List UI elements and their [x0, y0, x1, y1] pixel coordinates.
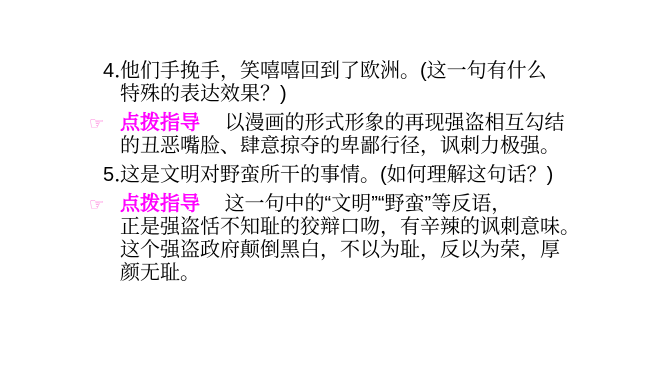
question-item-4: 4． 他们手挽手，笑嘻嘻回到了欧洲。(这一句有什么 特殊的表达效果？)	[0, 60, 668, 106]
guidance-block-1: ☞ 点拨指导 以漫画的形式形象的再现强盗相互勾结 的丑恶嘴脸、肆意掠夺的卑鄙行径…	[0, 112, 668, 158]
guidance-line: 颜无耻。	[0, 262, 668, 285]
question-line: 5． 这是文明对野蛮所干的事情。(如何理解这句话？)	[0, 164, 668, 187]
question-text: 特殊的表达效果？)	[120, 83, 287, 105]
guidance-label: 点拨指导	[120, 193, 200, 215]
question-item-5: 5． 这是文明对野蛮所干的事情。(如何理解这句话？)	[0, 164, 668, 187]
guidance-line: ☞ 点拨指导 这一句中的“文明”“野蛮”等反语，	[0, 193, 668, 216]
guidance-block-2: ☞ 点拨指导 这一句中的“文明”“野蛮”等反语， 正是强盗恬不知耻的狡辩口吻，有…	[0, 193, 668, 285]
pointing-hand-icon: ☞	[89, 115, 104, 132]
guidance-text: 颜无耻。	[120, 262, 200, 284]
question-text: 这是文明对野蛮所干的事情。(如何理解这句话？)	[120, 164, 553, 186]
question-line: 特殊的表达效果？)	[0, 83, 668, 106]
guidance-text: 正是强盗恬不知耻的狡辩口吻，有辛辣的讽刺意味。	[120, 216, 580, 238]
guidance-text: 这个强盗政府颠倒黑白，不以为耻，反以为荣，厚	[120, 239, 560, 261]
guidance-text: 以漫画的形式形象的再现强盗相互勾结	[225, 112, 565, 134]
guidance-line: 正是强盗恬不知耻的狡辩口吻，有辛辣的讽刺意味。	[0, 216, 668, 239]
guidance-text: 的丑恶嘴脸、肆意掠夺的卑鄙行径，讽刺力极强。	[120, 135, 560, 157]
question-text: 他们手挽手，笑嘻嘻回到了欧洲。(这一句有什么	[120, 60, 547, 82]
guidance-line: ☞ 点拨指导 以漫画的形式形象的再现强盗相互勾结	[0, 112, 668, 135]
question-line: 4． 他们手挽手，笑嘻嘻回到了欧洲。(这一句有什么	[0, 60, 668, 83]
question-number: 4．	[103, 60, 134, 83]
guidance-label: 点拨指导	[120, 112, 200, 134]
pointing-hand-icon: ☞	[89, 196, 104, 213]
slide-canvas: 4． 他们手挽手，笑嘻嘻回到了欧洲。(这一句有什么 特殊的表达效果？) ☞ 点拨…	[0, 0, 668, 376]
question-number: 5．	[103, 164, 134, 187]
guidance-line: 的丑恶嘴脸、肆意掠夺的卑鄙行径，讽刺力极强。	[0, 135, 668, 158]
slide-text-block: 4． 他们手挽手，笑嘻嘻回到了欧洲。(这一句有什么 特殊的表达效果？) ☞ 点拨…	[0, 60, 668, 285]
guidance-text: 这一句中的“文明”“野蛮”等反语，	[225, 193, 512, 215]
guidance-line: 这个强盗政府颠倒黑白，不以为耻，反以为荣，厚	[0, 239, 668, 262]
